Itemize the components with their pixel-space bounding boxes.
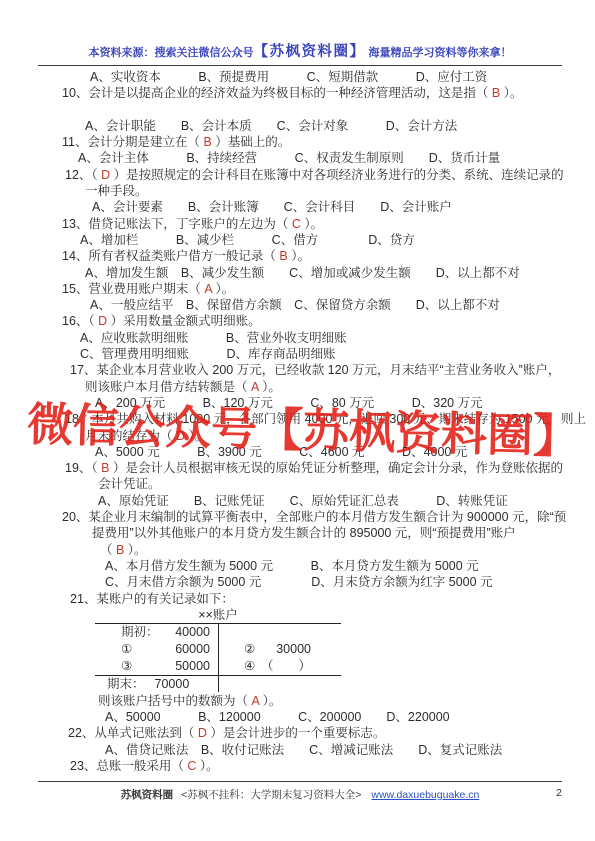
q16-text: 16、（ D ）采用数量金额式明细账。 xyxy=(38,313,562,329)
q20-text-line2: 提费用”以外其他账户的本月贷方发生额合计的 895000 元，则“预提费用”账户 xyxy=(38,525,562,541)
t-account-title: ××账户 xyxy=(95,607,341,623)
page-footer: 苏枫资料圈<苏枫不挂科：大学期末复习资料大全>www.daxuebuguake.… xyxy=(38,781,562,802)
answer-letter-q22: D xyxy=(198,726,207,740)
entry-2-no: ② xyxy=(244,641,255,658)
entry-2-value: 30000 xyxy=(276,641,311,658)
header-suffix: 海量精品学习资料等你来拿！ xyxy=(369,47,512,59)
answer-letter-q18: D xyxy=(176,429,185,443)
q22-text: 22、从单式记账法到（ D ）是会计进步的一个重要标志。 xyxy=(38,725,562,741)
q13-options: A、增加栏 B、减少栏 C、借方 D、贷方 xyxy=(38,232,562,248)
q14-text: 14、所有者权益类账户借方一般记录（ B ）。 xyxy=(38,248,562,264)
answer-letter-q10: B xyxy=(492,86,500,100)
header-rule xyxy=(38,65,562,66)
footer-link[interactable]: www.daxuebuguake.cn xyxy=(371,789,479,801)
q10-options: A、会计职能 B、会计本质 C、会计对象 D、会计方法 xyxy=(38,118,562,134)
t-account-row-1: ①60000 ②30000 xyxy=(95,641,341,658)
q20-text-line3: （ B ）。 xyxy=(38,542,562,558)
answer-letter-q17: A xyxy=(251,380,259,394)
q16-options-b: C、管理费用明细账 D、库存商品明细账 xyxy=(38,346,562,362)
entry-1-no: ① xyxy=(121,641,132,658)
document-page: 本资料来源：搜索关注微信公众号【苏枫资料圈】 海量精品学习资料等你来拿！ A、实… xyxy=(0,0,595,841)
q10-text: 10、会计是以提高企业的经济效益为终极目标的一种经济管理活动，这是指（ B ）。 xyxy=(38,85,562,101)
q20-options-a: A、本月借方发生额为 5000 元 B、本月贷方发生额为 5000 元 xyxy=(38,558,562,574)
footer-tagline: <苏枫不挂科：大学期末复习资料大全> xyxy=(181,789,361,801)
q18-options: A、5000 元 B、3900 元 C、4600 元 D、4000 元 xyxy=(38,444,562,460)
answer-letter-q14: B xyxy=(279,249,287,263)
q11-options: A、会计主体 B、持续经营 C、权责发生制原则 D、货币计量 xyxy=(38,150,562,166)
entry-4-no: ④ xyxy=(244,658,255,675)
answer-letter-q13: C xyxy=(292,217,301,231)
answer-letter-q16: D xyxy=(98,314,107,328)
closing-value: 70000 xyxy=(155,677,190,691)
t-account-row-opening: 期初：40000 xyxy=(95,624,341,641)
q11-text: 11、会计分期是建立在（ B ）基础上的。 xyxy=(38,134,562,150)
q20-text-line1: 20、某企业月末编制的试算平衡表中，全部账户的本月借方发生额合计为 900000… xyxy=(38,509,562,525)
q12-continuation: 一种手段。 xyxy=(38,183,562,199)
answer-letter-q12: D xyxy=(101,168,110,182)
t-account-row-2: ③50000 ④（ ） xyxy=(95,658,341,675)
q18-text-line1: 18、本月共购入材料 1000 元，各部门领用 4000 元，退回 300 元、… xyxy=(38,411,562,427)
entry-4-value: （ ） xyxy=(261,658,311,675)
q23-text: 23、总账一般采用（ C ）。 xyxy=(38,758,562,774)
q19-continuation: 会计凭证。 xyxy=(38,476,562,492)
q21-intro: 21、某账户的有关记录如下： xyxy=(38,591,562,607)
q17-text-line2: 则该账户本月借方结转额是（ A ）。 xyxy=(38,379,562,395)
q17-text-line1: 17、某企业本月营业收入 200 万元，已经收款 120 万元，月末结平“主营业… xyxy=(38,362,562,378)
header-prefix: 本资料来源：搜索关注微信公众号 xyxy=(88,47,253,59)
opening-label: 期初： xyxy=(121,624,159,641)
entry-3-no: ③ xyxy=(121,658,132,675)
page-number: 2 xyxy=(556,787,562,799)
blank-line xyxy=(38,102,562,118)
entry-1-value: 60000 xyxy=(175,641,210,658)
q20-options-b: C、月末借方余额为 5000 元 D、月末贷方余额为红字 5000 元 xyxy=(38,574,562,590)
answer-letter-q15: A xyxy=(204,282,212,296)
q21-options: A、50000 B、120000 C、200000 D、220000 xyxy=(38,709,562,725)
t-account-grid: 期初：40000 ①60000 ②30000 ③50000 ④（ ） xyxy=(95,623,341,676)
q19-text: 19、（ B ）是会计人员根据审核无误的原始凭证分析整理，确定会计分录，作为登账… xyxy=(38,460,562,476)
q13-text: 13、借贷记账法下，丁字账户的左边为（ C ）。 xyxy=(38,216,562,232)
entry-3-value: 50000 xyxy=(175,658,210,675)
q12-options: A、会计要素 B、会计账簿 C、会计科目 D、会计账户 xyxy=(38,199,562,215)
q15-options: A、一般应结平 B、保留借方余额 C、保留贷方余额 D、以上都不对 xyxy=(38,297,562,313)
answer-letter-q21: A xyxy=(251,694,259,708)
footer-brand: 苏枫资料圈 xyxy=(121,789,174,801)
header-brand: 【苏枫资料圈】 xyxy=(253,44,365,60)
q18-text-line2: 月末的结存为（ D ）。 xyxy=(38,428,562,444)
page-content: 本资料来源：搜索关注微信公众号【苏枫资料圈】 海量精品学习资料等你来拿！ A、实… xyxy=(38,40,562,774)
q16-options-a: A、应收账款明细账 B、营业外收支明细账 xyxy=(38,330,562,346)
q09-options: A、实收资本 B、预提费用 C、短期借款 D、应付工资 xyxy=(38,69,562,85)
source-header: 本资料来源：搜索关注微信公众号【苏枫资料圈】 海量精品学习资料等你来拿！ xyxy=(38,40,562,61)
q14-options: A、增加发生额 B、减少发生额 C、增加或减少发生额 D、以上都不对 xyxy=(38,265,562,281)
footer-text: 苏枫资料圈<苏枫不挂科：大学期末复习资料大全>www.daxuebuguake.… xyxy=(38,787,562,802)
q22-options: A、借贷记账法 B、收付记账法 C、增减记账法 D、复式记账法 xyxy=(38,742,562,758)
opening-value: 40000 xyxy=(175,624,210,641)
footer-rule xyxy=(38,781,562,782)
t-account: ××账户 期初：40000 ①60000 ②30000 ③50000 ④（ ） … xyxy=(95,607,341,693)
q17-options: A、200 万元 B、120 万元 C、80 万元 D、320 万元 xyxy=(38,395,562,411)
q19-options: A、原始凭证 B、记账凭证 C、原始凭证汇总表 D、转账凭证 xyxy=(38,493,562,509)
q12-text: 12、（ D ）是按照规定的会计科目在账簿中对各项经济业务进行的分类、系统、连续… xyxy=(38,167,562,183)
closing-label: 期末： xyxy=(107,677,145,691)
q21-text: 则该账户括号中的数额为（ A ）。 xyxy=(38,693,562,709)
q15-text: 15、营业费用账户期末（ A ）。 xyxy=(38,281,562,297)
answer-letter-q11: B xyxy=(203,135,211,149)
